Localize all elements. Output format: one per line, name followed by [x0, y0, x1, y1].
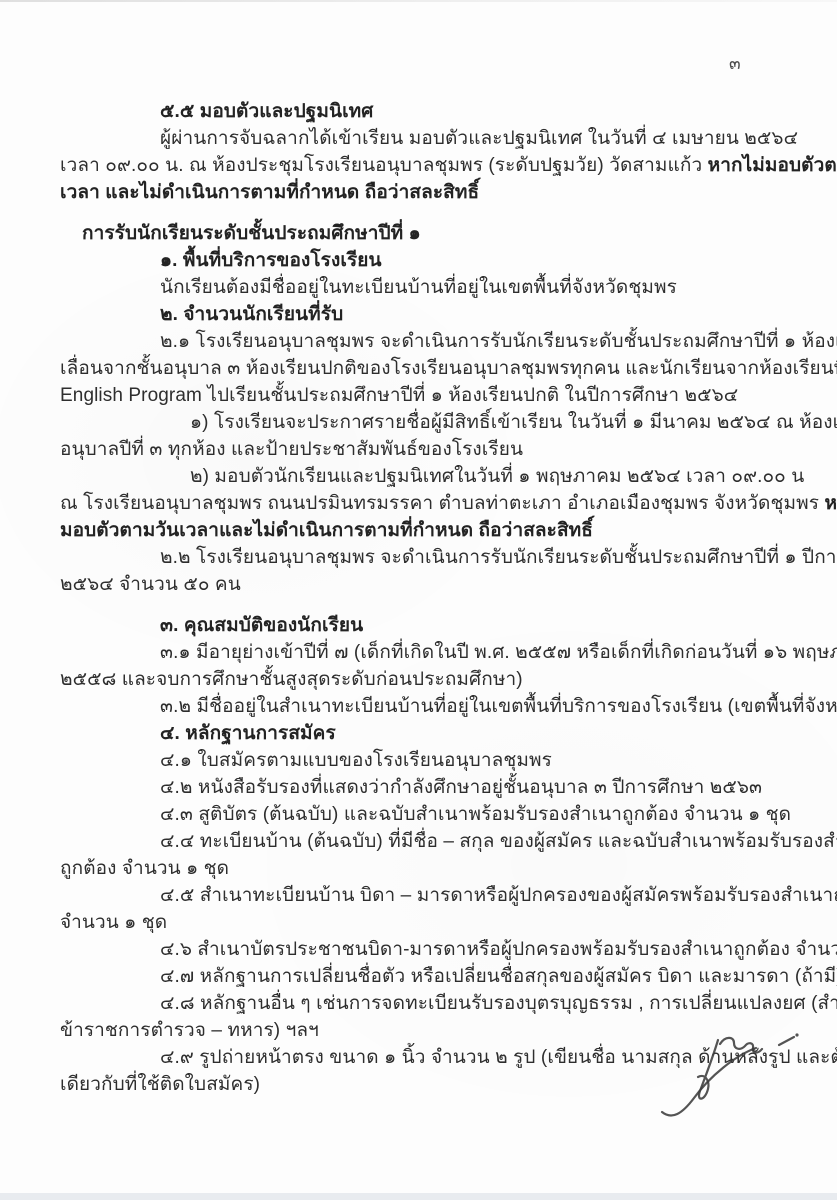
text-line: ๒.๒ โรงเรียนอนุบาลชุมพร จะดำเนินการรับนั…	[0, 544, 837, 571]
text-line: ๔.๕ สำเนาทะเบียนบ้าน บิดา – มารดาหรือผู้…	[0, 882, 837, 909]
text-segment: อนุบาลปีที่ ๓ ทุกห้อง และป้ายประชาสัมพัน…	[60, 439, 523, 460]
text-line: ผู้ผ่านการจับฉลากได้เข้าเรียน มอบตัวและป…	[0, 125, 837, 152]
text-line: ๑. พื้นที่บริการของโรงเรียน	[0, 247, 837, 274]
text-segment: ๔.๒ หนังสือรับรองที่แสดงว่ากำลังศึกษาอยู…	[160, 777, 762, 798]
text-segment: ๔.๓ สูติบัตร (ต้นฉบับ) และฉบับสำเนาพร้อม…	[160, 804, 791, 825]
text-segment: ๓. คุณสมบัติของนักเรียน	[160, 615, 363, 636]
text-segment: ๒๕๖๔ จำนวน ๕๐ คน	[60, 574, 241, 595]
text-line: ๓. คุณสมบัติของนักเรียน	[0, 612, 837, 639]
text-segment: ณ โรงเรียนอนุบาลชุมพร ถนนปรมินทรมรรคา ตำ…	[60, 493, 824, 514]
text-line: ๔.๘ หลักฐานอื่น ๆ เช่นการจดทะเบียนรับรอง…	[0, 990, 837, 1017]
text-segment: นักเรียนต้องมีชื่ออยู่ในทะเบียนบ้านที่อย…	[160, 277, 677, 298]
text-line: ๔.๖ สำเนาบัตรประชาชนบิดา-มารดาหรือผู้ปกค…	[0, 936, 837, 963]
text-line: ๔.๒ หนังสือรับรองที่แสดงว่ากำลังศึกษาอยู…	[0, 774, 837, 801]
text-line: ถูกต้อง จำนวน ๑ ชุด	[0, 855, 837, 882]
text-line: ๔.๗ หลักฐานการเปลี่ยนชื่อตัว หรือเปลี่ยน…	[0, 963, 837, 990]
text-segment: จำนวน ๑ ชุด	[60, 912, 167, 933]
text-line: การรับนักเรียนระดับชั้นประถมศึกษาปีที่ ๑	[0, 220, 837, 247]
text-line: ๒๕๕๘ และจบการศึกษาชั้นสูงสุดระดับก่อนประ…	[0, 666, 837, 693]
text-segment: ๕.๕ มอบตัวและปฐมนิเทศ	[160, 101, 373, 122]
text-line: เวลา และไม่ดำเนินการตามที่กำหนด ถือว่าสล…	[0, 179, 837, 206]
text-segment: ๓.๑ มีอายุย่างเข้าปีที่ ๗ (เด็กที่เกิดใน…	[160, 642, 837, 663]
document-body: ๕.๕ มอบตัวและปฐมนิเทศผู้ผ่านการจับฉลากได…	[0, 98, 837, 1098]
text-segment: ๔.๔ ทะเบียนบ้าน (ต้นฉบับ) ที่มีชื่อ – สก…	[160, 831, 837, 852]
text-line: ๓.๒ มีชื่ออยู่ในสำเนาทะเบียนบ้านที่อยู่ใ…	[0, 693, 837, 720]
text-line: ๒. จำนวนนักเรียนที่รับ	[0, 301, 837, 328]
scan-top-edge	[0, 0, 837, 2]
text-segment: ๒.๒ โรงเรียนอนุบาลชุมพร จะดำเนินการรับนั…	[160, 547, 837, 568]
text-line: English Program ไปเรียนชั้นประถมศึกษาปีท…	[0, 382, 837, 409]
text-segment: มอบตัวตามวันเวลาและไม่ดำเนินการตามที่กำห…	[60, 520, 593, 541]
text-segment: ๒.๑ โรงเรียนอนุบาลชุมพร จะดำเนินการรับนั…	[160, 331, 837, 352]
text-segment: เวลา ๐๙.๐๐ น. ณ ห้องประชุมโรงเรียนอนุบาล…	[60, 155, 708, 176]
scan-bottom-edge	[0, 1193, 837, 1200]
text-segment: ๑. พื้นที่บริการของโรงเรียน	[160, 250, 382, 271]
text-segment: ๔.๗ หลักฐานการเปลี่ยนชื่อตัว หรือเปลี่ยน…	[160, 966, 837, 987]
text-line: ๑) โรงเรียนจะประกาศรายชื่อผู้มีสิทธิ์เข้…	[0, 409, 837, 436]
text-line: ๓.๑ มีอายุย่างเข้าปีที่ ๗ (เด็กที่เกิดใน…	[0, 639, 837, 666]
page-number: ๓	[729, 50, 741, 77]
text-segment: English Program ไปเรียนชั้นประถมศึกษาปีท…	[60, 385, 738, 406]
text-line: อนุบาลปีที่ ๓ ทุกห้อง และป้ายประชาสัมพัน…	[0, 436, 837, 463]
scanned-document-page: ๓ ๕.๕ มอบตัวและปฐมนิเทศผู้ผ่านการจับฉลาก…	[0, 0, 837, 1200]
text-segment: เดียวกับที่ใช้ติดใบสมัคร)	[60, 1074, 260, 1095]
text-line: ๔. หลักฐานการสมัคร	[0, 720, 837, 747]
text-line: ๔.๑ ใบสมัครตามแบบของโรงเรียนอนุบาลชุมพร	[0, 747, 837, 774]
text-segment: ๓.๒ มีชื่ออยู่ในสำเนาทะเบียนบ้านที่อยู่ใ…	[160, 696, 837, 717]
text-segment: ๔.๘ หลักฐานอื่น ๆ เช่นการจดทะเบียนรับรอง…	[160, 993, 837, 1014]
text-line: นักเรียนต้องมีชื่ออยู่ในทะเบียนบ้านที่อย…	[0, 274, 837, 301]
text-line: จำนวน ๑ ชุด	[0, 909, 837, 936]
text-line: ๔.๔ ทะเบียนบ้าน (ต้นฉบับ) ที่มีชื่อ – สก…	[0, 828, 837, 855]
text-segment: ๔.๑ ใบสมัครตามแบบของโรงเรียนอนุบาลชุมพร	[160, 750, 552, 771]
text-segment: ๔.๖ สำเนาบัตรประชาชนบิดา-มารดาหรือผู้ปกค…	[160, 939, 837, 960]
text-line: เวลา ๐๙.๐๐ น. ณ ห้องประชุมโรงเรียนอนุบาล…	[0, 152, 837, 179]
text-segment: เลื่อนจากชั้นอนุบาล ๓ ห้องเรียนปกติของโร…	[60, 358, 837, 379]
text-segment: เวลา และไม่ดำเนินการตามที่กำหนด ถือว่าสล…	[60, 182, 479, 203]
text-line: ๒) มอบตัวนักเรียนและปฐมนิเทศในวันที่ ๑ พ…	[0, 463, 837, 490]
text-segment: ๔.๕ สำเนาทะเบียนบ้าน บิดา – มารดาหรือผู้…	[160, 885, 837, 906]
text-segment: ข้าราชการตำรวจ – ทหาร) ฯลฯ	[60, 1020, 319, 1041]
text-line: ๒๕๖๔ จำนวน ๕๐ คน	[0, 571, 837, 598]
text-segment: ผู้ผ่านการจับฉลากได้เข้าเรียน มอบตัวและป…	[160, 128, 798, 149]
text-segment: ๒) มอบตัวนักเรียนและปฐมนิเทศในวันที่ ๑ พ…	[190, 466, 804, 487]
handwritten-signature-icon	[648, 1028, 813, 1143]
text-segment: ๔. หลักฐานการสมัคร	[160, 723, 336, 744]
text-line: ๔.๓ สูติบัตร (ต้นฉบับ) และฉบับสำเนาพร้อม…	[0, 801, 837, 828]
text-segment: ถูกต้อง จำนวน ๑ ชุด	[60, 858, 229, 879]
text-segment: การรับนักเรียนระดับชั้นประถมศึกษาปีที่ ๑	[82, 223, 421, 244]
text-segment: หากไม่มอบตัวตามวัน	[708, 155, 837, 176]
text-line: มอบตัวตามวันเวลาและไม่ดำเนินการตามที่กำห…	[0, 517, 837, 544]
text-segment: หากไม่	[824, 493, 837, 514]
text-segment: ๒๕๕๘ และจบการศึกษาชั้นสูงสุดระดับก่อนประ…	[60, 669, 523, 690]
text-line: ๒.๑ โรงเรียนอนุบาลชุมพร จะดำเนินการรับนั…	[0, 328, 837, 355]
text-segment: ๒. จำนวนนักเรียนที่รับ	[160, 304, 343, 325]
text-line: ณ โรงเรียนอนุบาลชุมพร ถนนปรมินทรมรรคา ตำ…	[0, 490, 837, 517]
text-line: เลื่อนจากชั้นอนุบาล ๓ ห้องเรียนปกติของโร…	[0, 355, 837, 382]
text-line: ๕.๕ มอบตัวและปฐมนิเทศ	[0, 98, 837, 125]
text-segment: ๑) โรงเรียนจะประกาศรายชื่อผู้มีสิทธิ์เข้…	[190, 412, 837, 433]
